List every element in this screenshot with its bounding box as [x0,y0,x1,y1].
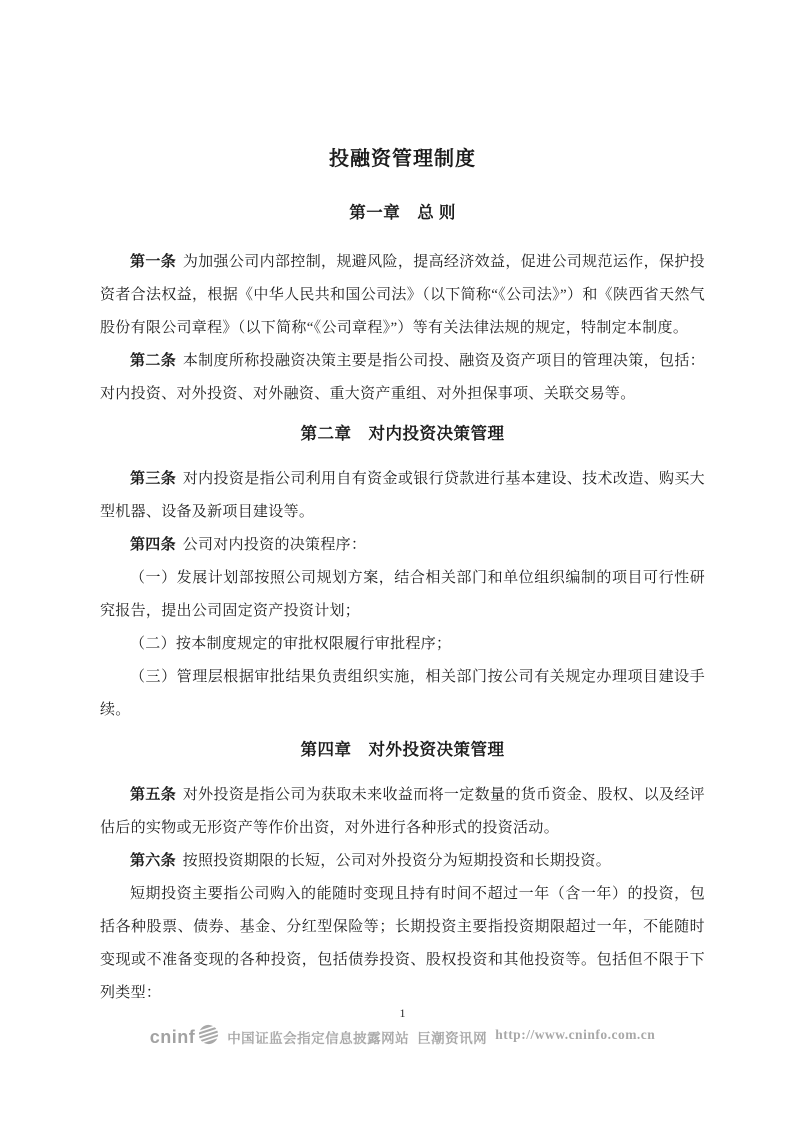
footer-site-description: 中国证监会指定信息披露网站 [227,1027,409,1047]
article-paragraph: 第二条本制度所称投融资决策主要是指公司投、融资及资产项目的管理决策，包括：对内投… [100,345,705,411]
list-item-paragraph: （二）按本制度规定的审批权限履行审批程序； [100,628,705,661]
article-paragraph: 第一条为加强公司内部控制，规避风险，提高经济效益，促进公司规范运作，保护投资者合… [100,246,705,345]
footer-watermark: cninf 中国证监会指定信息披露网站 巨潮资讯网 http://www.cni… [100,1023,705,1051]
chapter-heading-2: 第二章 对内投资决策管理 [100,423,705,445]
article-number: 第四条 [130,537,176,553]
article-text: 本制度所称投融资决策主要是指公司投、融资及资产项目的管理决策，包括：对内投资、对… [100,353,705,402]
article-text: （一）发展计划部按照公司规划方案，结合相关部门和单位组织编制的项目可行性研究报告… [100,570,705,619]
footer-site-name: 巨潮资讯网 [417,1027,487,1047]
article-text: 对外投资是指公司为获取未来收益而将一定数量的货币资金、股权、以及经评估后的实物或… [100,787,705,836]
article-text: 短期投资主要指公司购入的能随时变现且持有时间不超过一年（含一年）的投资，包括各种… [100,886,705,1001]
chapter-heading-1: 第一章 总 则 [100,202,705,224]
article-number: 第六条 [130,853,176,869]
article-paragraph: 第五条对外投资是指公司为获取未来收益而将一定数量的货币资金、股权、以及经评估后的… [100,779,705,845]
document-title: 投融资管理制度 [100,146,705,172]
article-paragraph: 第三条对内投资是指公司利用自有资金或银行贷款进行基本建设、技术改造、购买大型机器… [100,463,705,529]
article-text: 为加强公司内部控制，规避风险，提高经济效益，促进公司规范运作，保护投资者合法权益… [100,254,705,336]
list-item-paragraph: （三）管理层根据审批结果负责组织实施，相关部门按公司有关规定办理项目建设手续。 [100,661,705,727]
article-text: （二）按本制度规定的审批权限履行审批程序； [130,636,451,652]
article-text: 公司对内投资的决策程序： [183,537,367,553]
cninfo-logo-text: cninf [150,1027,196,1048]
article-paragraph: 第六条按照投资期限的长短，公司对外投资分为短期投资和长期投资。 [100,845,705,878]
article-number: 第一条 [130,254,176,270]
list-item-paragraph: （一）发展计划部按照公司规划方案，结合相关部门和单位组织编制的项目可行性研究报告… [100,562,705,628]
cninfo-logo: cninf [150,1023,221,1051]
article-paragraph: 第四条公司对内投资的决策程序： [100,529,705,562]
article-paragraph: 短期投资主要指公司购入的能随时变现且持有时间不超过一年（含一年）的投资，包括各种… [100,878,705,1010]
article-number: 第二条 [130,353,176,369]
article-text: （三）管理层根据审批结果负责组织实施，相关部门按公司有关规定办理项目建设手续。 [100,669,705,718]
article-number: 第五条 [130,787,176,803]
article-text: 对内投资是指公司利用自有资金或银行贷款进行基本建设、技术改造、购买大型机器、设备… [100,471,705,520]
footer-url: http://www.cninfo.com.cn [495,1027,655,1047]
cninfo-sphere-icon [197,1023,220,1051]
article-number: 第三条 [130,471,176,487]
page-number: 1 [100,1006,705,1020]
footer-text: 中国证监会指定信息披露网站 巨潮资讯网 http://www.cninfo.co… [227,1027,655,1047]
document-page: 投融资管理制度 第一章 总 则 第一条为加强公司内部控制，规避风险，提高经济效益… [0,0,800,1131]
article-text: 按照投资期限的长短，公司对外投资分为短期投资和长期投资。 [183,853,611,869]
chapter-heading-4: 第四章 对外投资决策管理 [100,739,705,761]
